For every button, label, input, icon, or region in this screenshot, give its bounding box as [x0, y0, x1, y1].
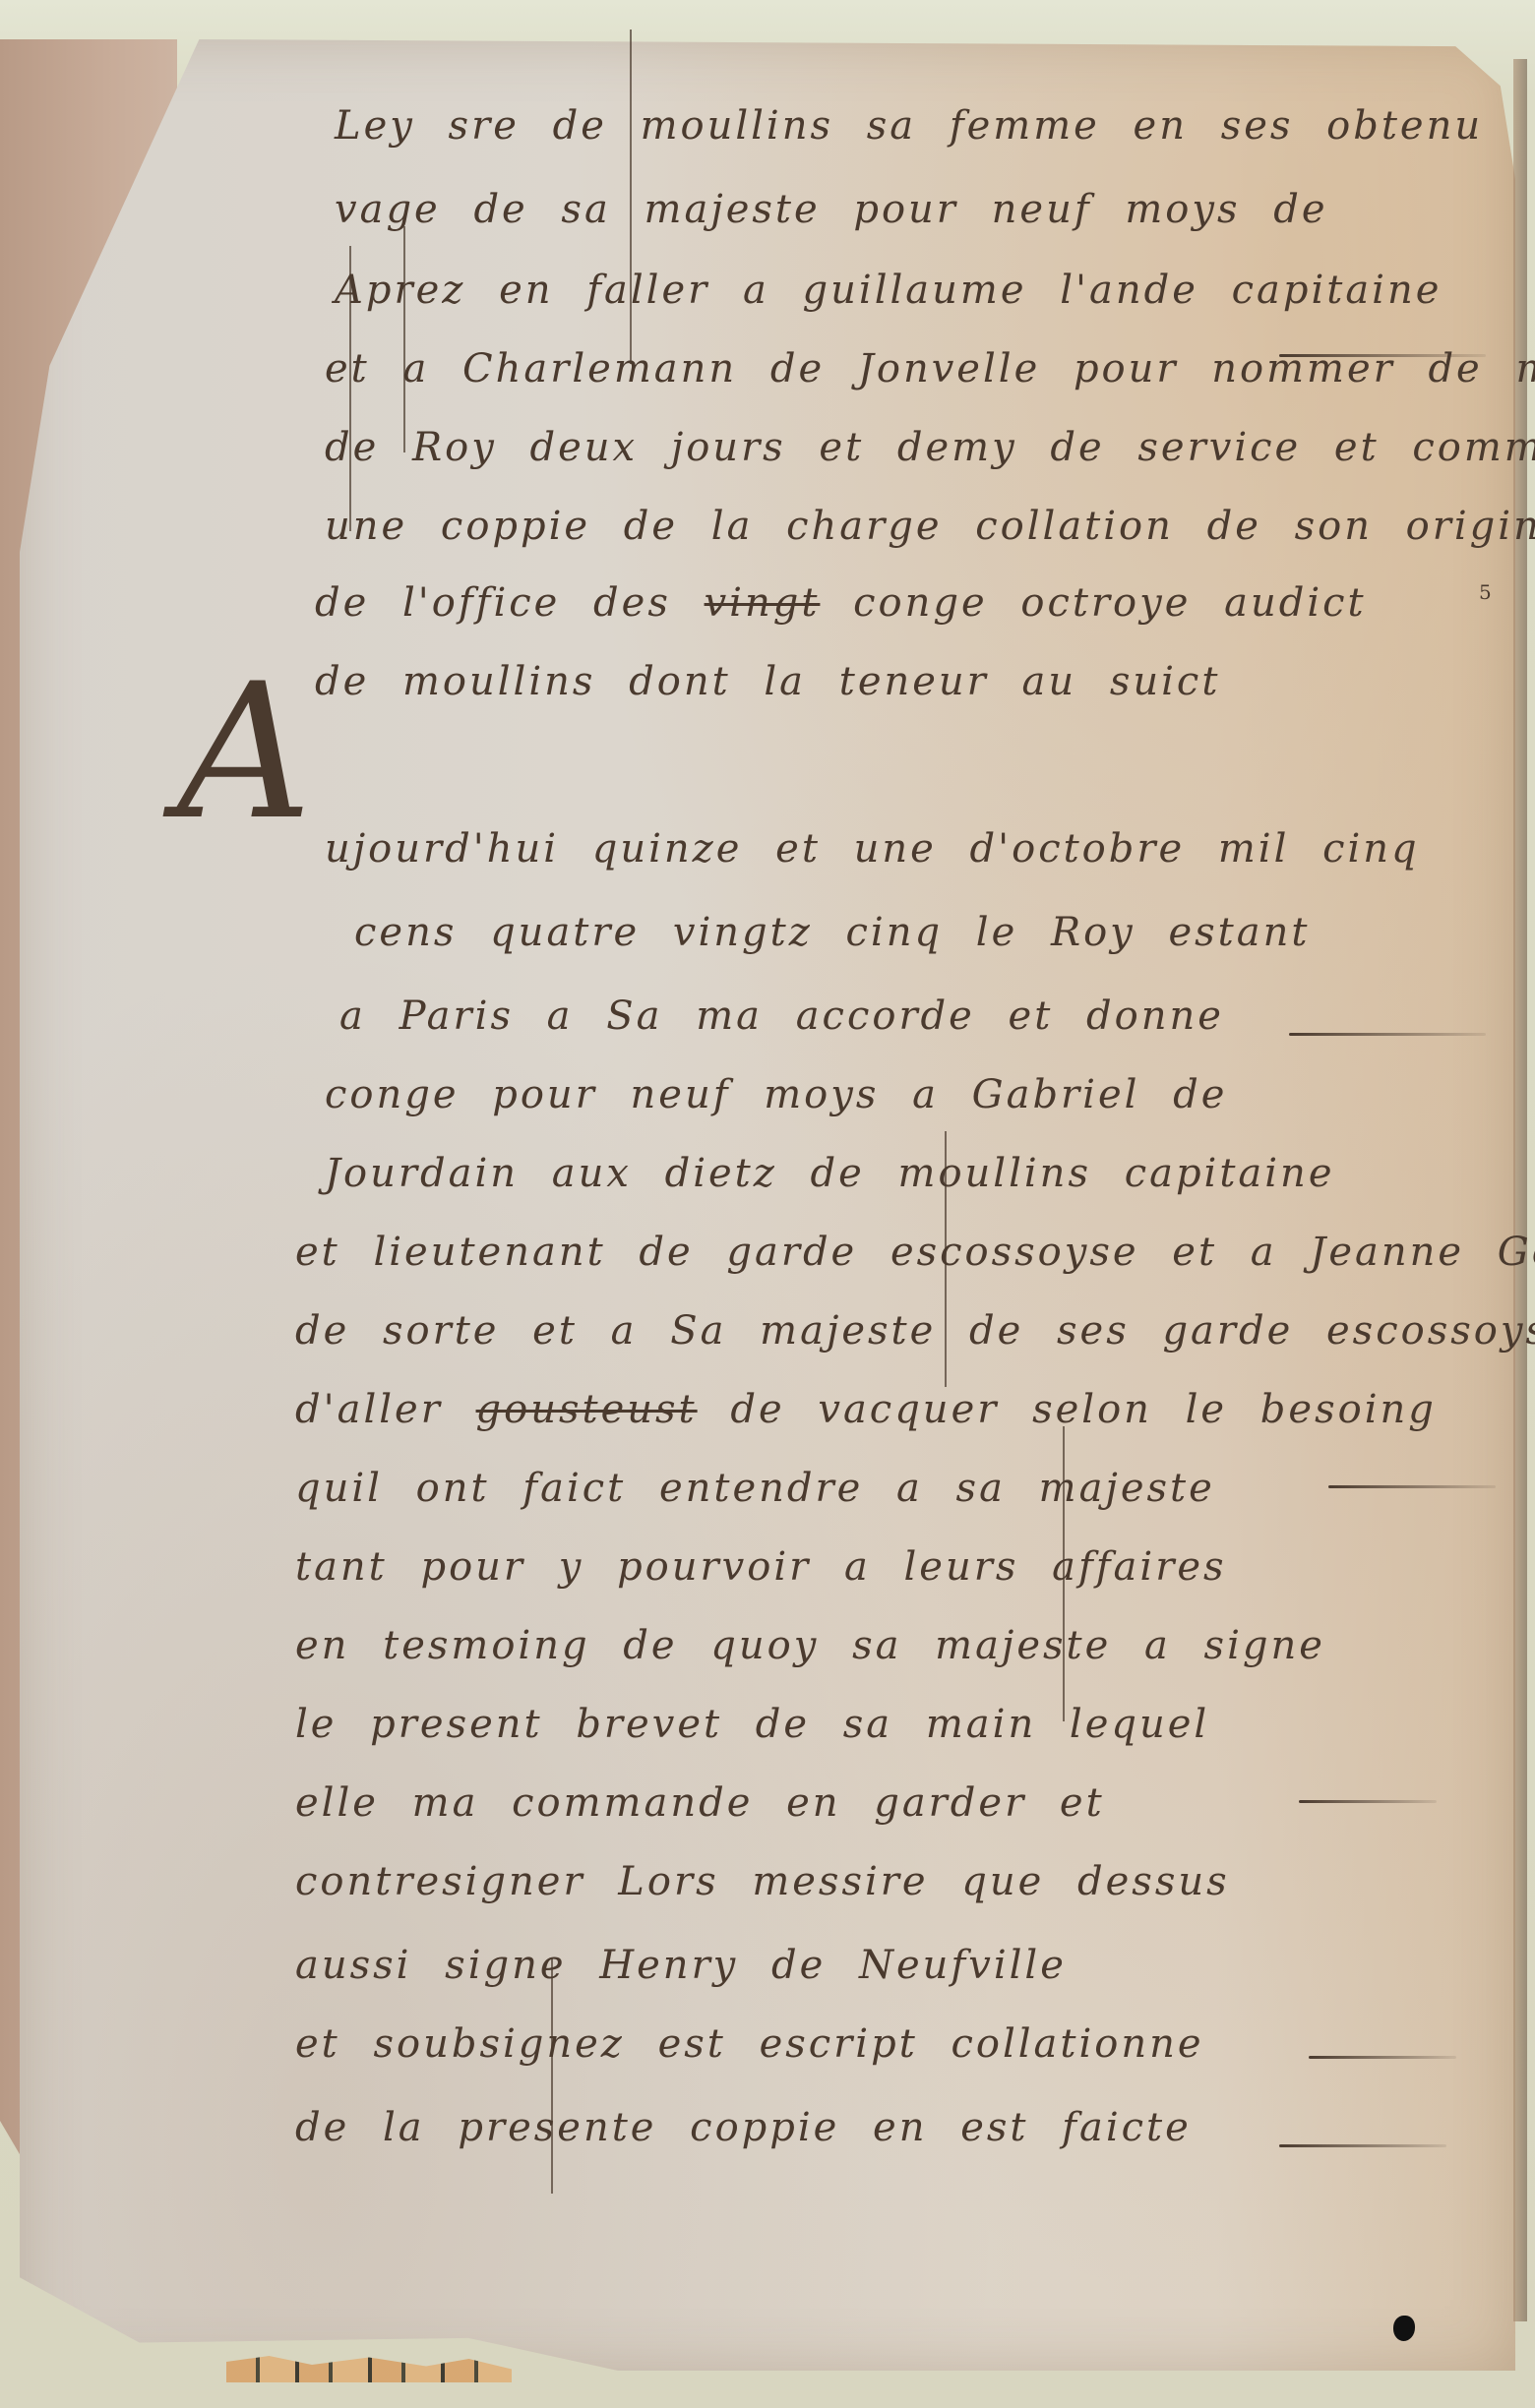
text-line: quil ont faict entendre a sa majeste — [295, 1466, 1215, 1511]
descender-stroke — [630, 30, 632, 364]
struck-word: gousteust — [476, 1387, 698, 1432]
text-line: et a Charlemann de Jonvelle pour nommer … — [325, 346, 1535, 391]
descender-stroke — [349, 246, 351, 531]
text-line: aussi signe Henry de Neufville — [295, 1943, 1067, 1988]
text-line: une coppie de la charge collation de son… — [325, 504, 1535, 549]
line-flourish — [1279, 354, 1486, 357]
line-flourish — [1328, 1485, 1496, 1488]
descender-stroke — [945, 1131, 947, 1387]
page-edge — [1513, 59, 1527, 2321]
text-line: Aprez en faller a guillaume l'ande capit… — [335, 268, 1442, 313]
text-line: et soubsignez est escript collationne — [295, 2021, 1204, 2067]
text-line: vage de sa majeste pour neuf moys de — [335, 187, 1328, 232]
torn-edge — [226, 2353, 512, 2382]
text-line: en tesmoing de quoy sa majeste a signe — [295, 1623, 1325, 1668]
text-line: de sorte et a Sa majeste de ses garde es… — [295, 1308, 1535, 1354]
text-line: de la presente coppie en est faicte — [295, 2105, 1192, 2150]
drop-cap: A — [177, 659, 312, 846]
line-flourish — [1289, 1033, 1486, 1036]
line-flourish — [1299, 1800, 1437, 1803]
line-flourish — [1279, 2144, 1446, 2147]
text-line: de l'office des vingt conge octroye audi… — [315, 580, 1367, 626]
photograph-scene: 5 Ley sre de moullins sa femme en ses ob… — [0, 0, 1535, 2408]
struck-word: vingt — [705, 580, 821, 626]
text-line: de moullins dont la teneur au suict — [315, 659, 1220, 704]
text-line: d'aller gousteust de vacquer selon le be… — [295, 1387, 1437, 1432]
text-line: et lieutenant de garde escossoyse et a J… — [295, 1230, 1535, 1275]
line-flourish — [1309, 2056, 1456, 2059]
descender-stroke — [1063, 1426, 1065, 1721]
text-line: ujourd'hui quinze et une d'octobre mil c… — [325, 826, 1420, 872]
descender-stroke — [403, 226, 405, 452]
text-line: cens quatre vingtz cinq le Roy estant — [354, 910, 1310, 955]
text-line: tant pour y pourvoir a leurs affaires — [295, 1544, 1227, 1590]
descender-stroke — [551, 1957, 553, 2194]
text-line: le present brevet de sa main lequel — [295, 1702, 1209, 1747]
text-line: Jourdain aux dietz de moullins capitaine — [325, 1151, 1334, 1196]
text-line: Ley sre de moullins sa femme en ses obte… — [335, 103, 1483, 149]
text-line: contresigner Lors messire que dessus — [295, 1859, 1230, 1904]
margin-mark: 5 — [1479, 580, 1492, 604]
text-line: elle ma commande en garder et — [295, 1780, 1105, 1826]
text-line: conge pour neuf moys a Gabriel de — [325, 1072, 1227, 1117]
text-line: a Paris a Sa ma accorde et donne — [339, 993, 1224, 1039]
text-line: de Roy deux jours et demy de service et … — [325, 425, 1535, 470]
